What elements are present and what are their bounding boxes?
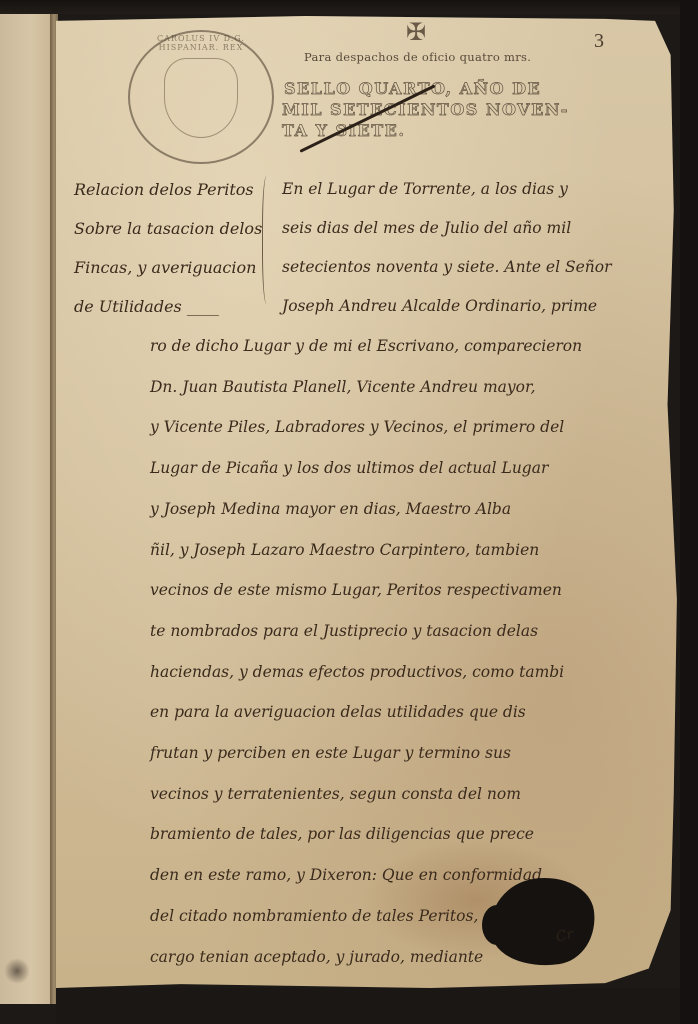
coat-of-arms-icon <box>164 58 238 138</box>
text-line: ñil, y Joseph Lazaro Maestro Carpintero,… <box>150 530 582 571</box>
right-dark-edge <box>680 0 698 1024</box>
stamp-title-line: SELLO QUARTO, AÑO DE <box>282 78 592 99</box>
text-line: y Joseph Medina mayor en dias, Maestro A… <box>150 489 582 530</box>
text-line: vecinos y terratenientes, segun consta d… <box>150 774 582 815</box>
folio-number: 3 <box>594 30 604 53</box>
royal-seal-stamp: CAROLUS IV D.G. HISPANIAR. REX <box>128 30 274 164</box>
facing-page-leaf <box>0 14 54 1004</box>
text-line: Joseph Andreu Alcalde Ordinario, prime <box>282 287 612 326</box>
text-line: En el Lugar de Torrente, a los dias y <box>282 170 612 209</box>
stamp-title: SELLO QUARTO, AÑO DE MIL SETECIENTOS NOV… <box>282 78 592 141</box>
text-line: Lugar de Picaña y los dos ultimos del ac… <box>150 448 582 489</box>
text-line: bramiento de tales, por las diligencias … <box>150 814 582 855</box>
margin-line: de Utilidades ____ <box>74 287 262 326</box>
bottom-dark-edge <box>56 988 696 1024</box>
text-line: frutan y perciben en este Lugar y termin… <box>150 733 582 774</box>
cross-icon: ✠ <box>406 18 426 46</box>
margin-heading: Relacion delos Peritos Sobre la tasacion… <box>74 170 262 326</box>
margin-line: Sobre la tasacion delos <box>74 209 262 248</box>
margin-line: Fincas, y averiguacion <box>74 248 262 287</box>
text-line: setecientos noventa y siete. Ante el Señ… <box>282 248 612 287</box>
text-line: te nombrados para el Justiprecio y tasac… <box>150 611 582 652</box>
stamp-title-line: MIL SETECIENTOS NOVEN- <box>282 99 592 120</box>
text-line: vecinos de este mismo Lugar, Peritos res… <box>150 570 582 611</box>
text-line: y Vicente Piles, Labradores y Vecinos, e… <box>150 407 582 448</box>
paper-hole <box>482 905 512 945</box>
text-line: seis dias del mes de Julio del año mil <box>282 209 612 248</box>
text-line: en para la averiguacion delas utilidades… <box>150 692 582 733</box>
seal-legend: CAROLUS IV D.G. HISPANIAR. REX <box>130 34 272 52</box>
stamp-fee-line: Para despachos de oficio quatro mrs. <box>304 50 531 64</box>
ink-blot <box>4 958 30 984</box>
body-opening: En el Lugar de Torrente, a los dias y se… <box>282 170 612 326</box>
text-line: ro de dicho Lugar y de mi el Escrivano, … <box>150 326 582 367</box>
text-line: haciendas, y demas efectos productivos, … <box>150 652 582 693</box>
margin-line: Relacion delos Peritos <box>74 170 262 209</box>
curly-brace <box>262 176 273 304</box>
text-line: Dn. Juan Bautista Planell, Vicente Andre… <box>150 367 582 408</box>
top-dark-edge <box>0 0 698 14</box>
